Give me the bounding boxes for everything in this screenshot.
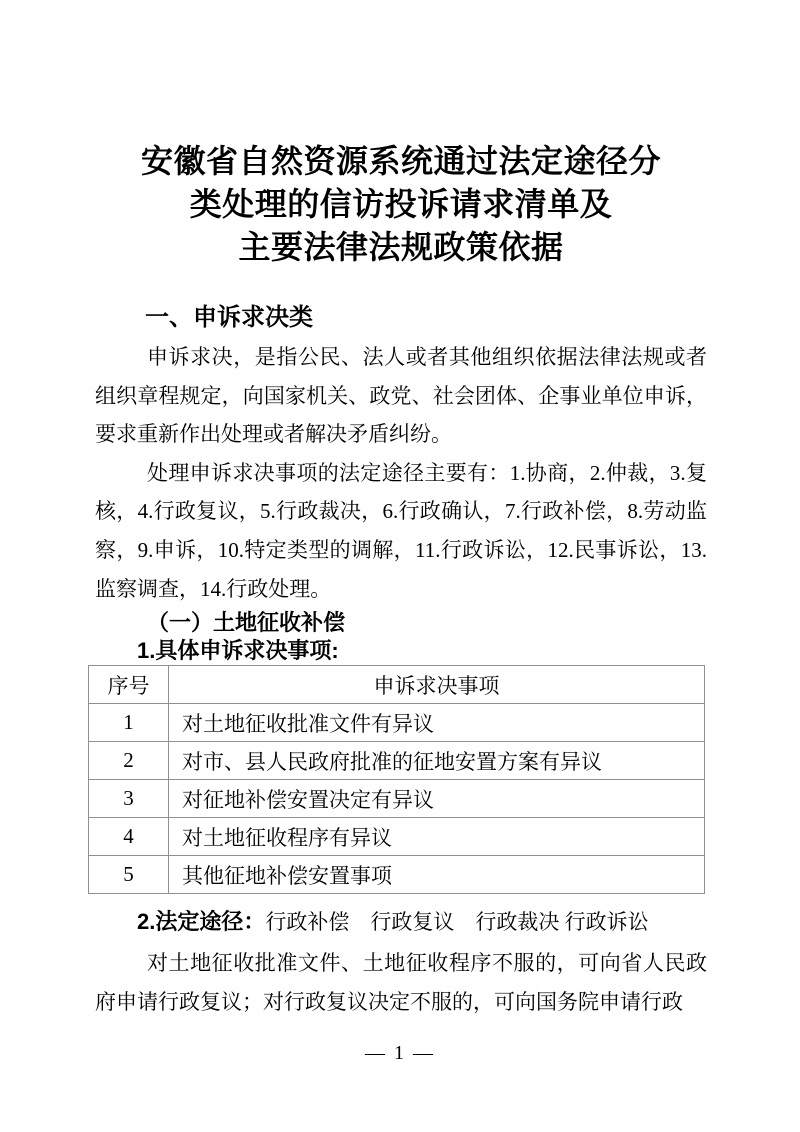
- table-row: 3 对征地补偿安置决定有异议: [89, 780, 705, 818]
- subsection-list-label: 1.具体申诉求决事项:: [95, 637, 707, 665]
- section-paragraph-1: 申诉求决，是指公民、法人或者其他组织依据法律法规或者组织章程规定，向国家机关、政…: [95, 338, 707, 454]
- section-paragraph-2: 处理申诉求决事项的法定途径主要有：1.协商，2.仲裁，3.复核，4.行政复议，5…: [95, 454, 707, 608]
- table-cell-item: 对土地征收批准文件有异议: [169, 704, 705, 742]
- document-page: 安徽省自然资源系统通过法定途径分 类处理的信访投诉请求清单及 主要法律法规政策依…: [0, 0, 800, 1132]
- table-cell-no: 1: [89, 704, 169, 742]
- document-title-line-1: 安徽省自然资源系统通过法定途径分: [95, 140, 707, 183]
- appeal-items-table: 序号 申诉求决事项 1 对土地征收批准文件有异议 2 对市、县人民政府批准的征地…: [88, 665, 705, 894]
- document-title: 安徽省自然资源系统通过法定途径分 类处理的信访投诉请求清单及 主要法律法规政策依…: [95, 140, 707, 269]
- table-cell-no: 5: [89, 856, 169, 894]
- table-header-item: 申诉求决事项: [169, 666, 705, 704]
- subsection-heading: （一）土地征收补偿: [95, 608, 707, 637]
- table-cell-item: 对征地补偿安置决定有异议: [169, 780, 705, 818]
- table-cell-item: 对土地征收程序有异议: [169, 818, 705, 856]
- table-header-no: 序号: [89, 666, 169, 704]
- subsection-paragraph: 对土地征收批准文件、土地征收程序不服的，可向省人民政府申请行政复议；对行政复议决…: [95, 944, 707, 1021]
- legal-paths-label: 2.法定途径：: [137, 909, 265, 934]
- table-header-row: 序号 申诉求决事项: [89, 666, 705, 704]
- table-cell-item: 其他征地补偿安置事项: [169, 856, 705, 894]
- table-cell-item: 对市、县人民政府批准的征地安置方案有异议: [169, 742, 705, 780]
- document-content: 安徽省自然资源系统通过法定途径分 类处理的信访投诉请求清单及 主要法律法规政策依…: [95, 0, 707, 1021]
- table-row: 4 对土地征收程序有异议: [89, 818, 705, 856]
- page-number: — 1 —: [0, 1042, 800, 1065]
- legal-paths-line: 2.法定途径：行政补偿 行政复议 行政裁决 行政诉讼: [95, 906, 707, 940]
- table-row: 2 对市、县人民政府批准的征地安置方案有异议: [89, 742, 705, 780]
- table-cell-no: 4: [89, 818, 169, 856]
- legal-paths-value: 行政补偿 行政复议 行政裁决 行政诉讼: [265, 910, 648, 934]
- document-title-line-3: 主要法律法规政策依据: [95, 226, 707, 269]
- document-title-line-2: 类处理的信访投诉请求清单及: [95, 183, 707, 226]
- table-cell-no: 3: [89, 780, 169, 818]
- table-row: 5 其他征地补偿安置事项: [89, 856, 705, 894]
- section-heading: 一、申诉求决类: [95, 303, 707, 333]
- table-cell-no: 2: [89, 742, 169, 780]
- table-row: 1 对土地征收批准文件有异议: [89, 704, 705, 742]
